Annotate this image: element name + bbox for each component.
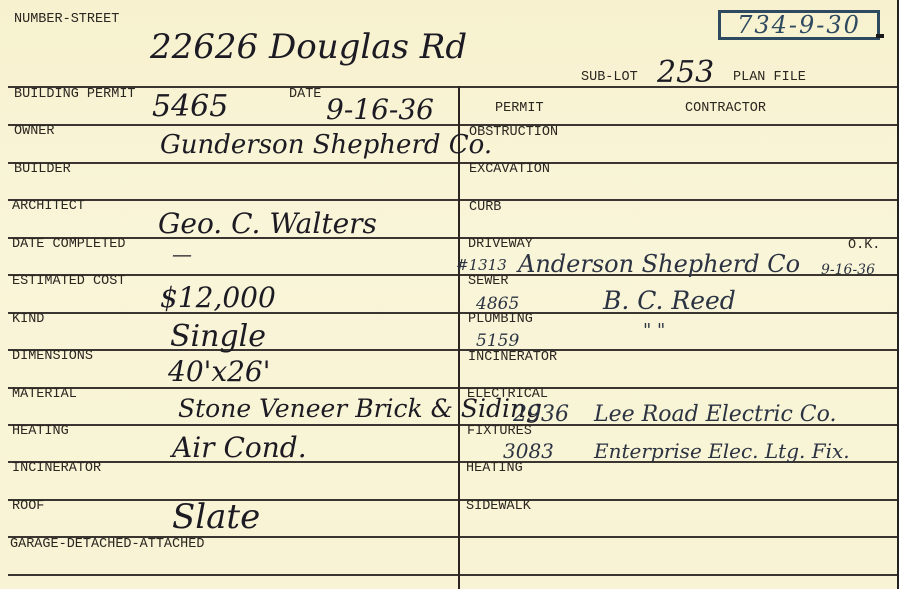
heating-permit-label: HEATING bbox=[466, 462, 523, 476]
rule bbox=[8, 237, 897, 239]
rule bbox=[8, 162, 897, 164]
obstruction-label: OBSTRUCTION bbox=[469, 126, 558, 140]
sublot-label: SUB-LOT bbox=[581, 71, 638, 85]
electrical-label: ELECTRICAL bbox=[467, 388, 548, 402]
stamp-mark bbox=[876, 34, 884, 38]
number-street-value: 22626 Douglas Rd bbox=[150, 30, 467, 64]
roof-label: ROOF bbox=[12, 500, 44, 514]
dimensions-label: DIMENSIONS bbox=[12, 350, 93, 364]
material-label: MATERIAL bbox=[12, 388, 77, 402]
sublot-value: 253 bbox=[657, 58, 714, 88]
contractor-column-header: CONTRACTOR bbox=[685, 102, 766, 116]
garage-label: GARAGE-DETACHED-ATTACHED bbox=[10, 538, 204, 552]
sewer-permit-value: 4865 bbox=[476, 296, 519, 313]
driveway-contractor-value: Anderson Shepherd Co bbox=[518, 252, 800, 276]
sidewalk-label: SIDEWALK bbox=[466, 500, 531, 514]
estimated-cost-value: $12,000 bbox=[160, 284, 276, 312]
excavation-label: EXCAVATION bbox=[469, 163, 550, 177]
estimated-cost-label: ESTIMATED COST bbox=[12, 275, 125, 289]
plumbing-contractor-value: " " bbox=[643, 322, 665, 340]
electrical-contractor-value: Lee Road Electric Co. bbox=[594, 404, 836, 426]
heating-value: Air Cond. bbox=[172, 434, 307, 462]
kind-label: KIND bbox=[12, 313, 44, 327]
rule bbox=[8, 349, 897, 351]
date-completed-label: DATE COMPLETED bbox=[12, 238, 125, 252]
permit-column-header: PERMIT bbox=[495, 102, 544, 116]
driveway-date-value: 9-16-36 bbox=[821, 263, 875, 277]
rule bbox=[8, 387, 897, 389]
plumbing-label: PLUMBING bbox=[468, 313, 533, 327]
rule bbox=[8, 124, 897, 126]
rule bbox=[8, 86, 897, 88]
builder-label: BUILDER bbox=[14, 163, 71, 177]
date-value: 9-16-36 bbox=[326, 96, 434, 124]
roof-value: Slate bbox=[172, 500, 260, 534]
owner-value: Gunderson Shepherd Co. bbox=[160, 132, 492, 158]
sewer-label: SEWER bbox=[468, 275, 509, 289]
date-label: DATE bbox=[289, 88, 321, 102]
driveway-permit-value: #1313 bbox=[456, 258, 507, 273]
file-stamp: 734-9-30 bbox=[718, 10, 880, 40]
plumbing-permit-value: 5159 bbox=[476, 333, 519, 350]
incinerator-label: INCINERATOR bbox=[12, 462, 101, 476]
building-permit-card: NUMBER-STREET 22626 Douglas Rd 734-9-30 … bbox=[0, 0, 899, 589]
owner-label: OWNER bbox=[14, 125, 55, 139]
building-permit-value: 5465 bbox=[152, 92, 228, 122]
plan-file-label: PLAN FILE bbox=[733, 71, 806, 85]
incinerator-permit-label: INCINERATOR bbox=[468, 351, 557, 365]
fixtures-label: FIXTURES bbox=[467, 425, 532, 439]
number-street-label: NUMBER-STREET bbox=[14, 13, 119, 27]
rule bbox=[8, 499, 897, 501]
driveway-status: O.K. bbox=[848, 239, 880, 253]
electrical-permit-value: 2936 bbox=[513, 404, 569, 426]
kind-value: Single bbox=[170, 322, 266, 352]
dimensions-value: 40'x26' bbox=[168, 358, 270, 386]
file-stamp-value: 734-9-30 bbox=[737, 11, 861, 39]
rule bbox=[8, 574, 897, 576]
rule bbox=[8, 199, 897, 201]
curb-label: CURB bbox=[469, 201, 501, 215]
fixtures-permit-value: 3083 bbox=[503, 441, 554, 461]
fixtures-contractor-value: Enterprise Elec. Ltg. Fix. bbox=[594, 441, 850, 461]
architect-label: ARCHITECT bbox=[12, 200, 85, 214]
sewer-contractor-value: B. C. Reed bbox=[603, 288, 736, 313]
rule bbox=[8, 312, 897, 314]
heating-label: HEATING bbox=[12, 425, 69, 439]
building-permit-label: BUILDING PERMIT bbox=[14, 88, 136, 102]
date-completed-value: — bbox=[172, 244, 192, 264]
architect-value: Geo. C. Walters bbox=[158, 210, 377, 238]
column-divider bbox=[458, 86, 460, 589]
